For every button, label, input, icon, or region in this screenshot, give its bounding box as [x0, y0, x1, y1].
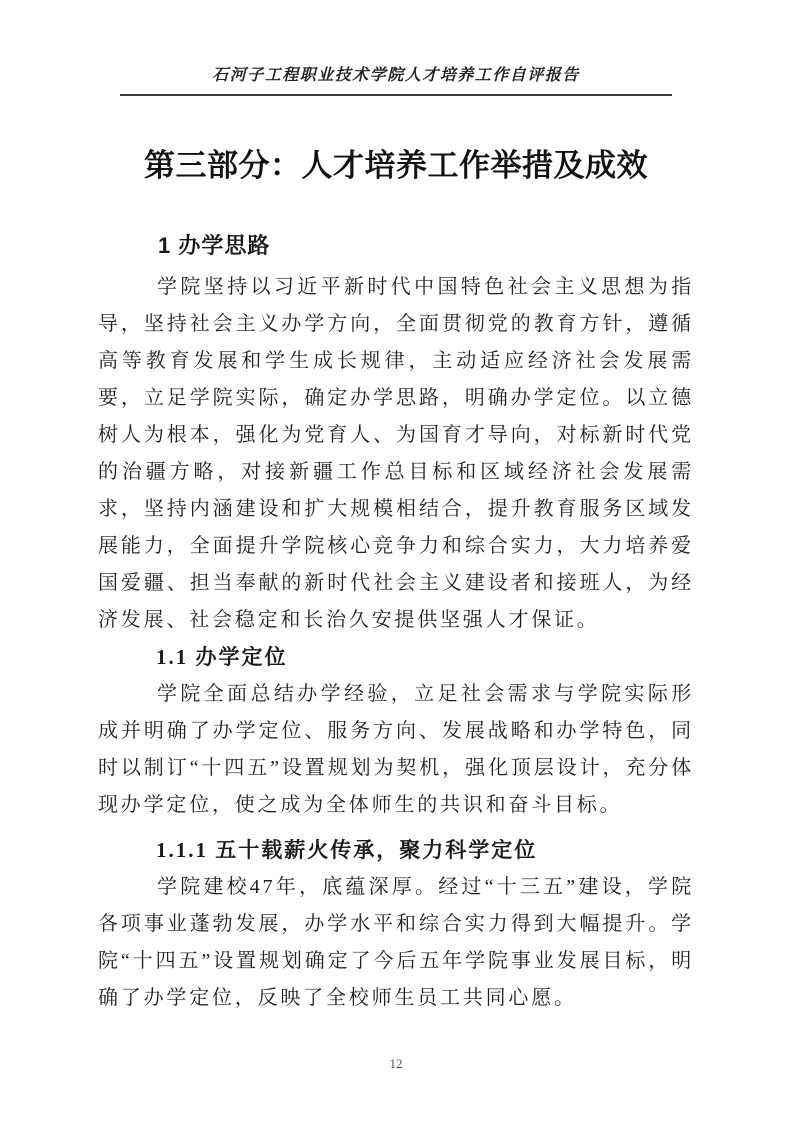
- page-content: 石河子工程职业技术学院人才培养工作自评报告 第三部分：人才培养工作举措及成效 1…: [98, 0, 694, 1017]
- section-1-paragraph: 学院坚持以习近平新时代中国特色社会主义思想为指导，坚持社会主义办学方向，全面贯彻…: [98, 269, 694, 639]
- document-page: 石河子工程职业技术学院人才培养工作自评报告 第三部分：人才培养工作举措及成效 1…: [0, 0, 792, 1122]
- page-title: 第三部分：人才培养工作举措及成效: [98, 146, 694, 186]
- section-heading-1: 1 办学思路: [158, 231, 694, 261]
- section-1-1-paragraph: 学院全面总结办学经验，立足社会需求与学院实际形成并明确了办学定位、服务方向、发展…: [98, 676, 694, 824]
- section-heading-1-1: 1.1 办学定位: [156, 639, 694, 676]
- running-header: 石河子工程职业技术学院人才培养工作自评报告: [98, 0, 694, 86]
- section-1-1-1-paragraph: 学院建校47年，底蕴深厚。经过“十三五”建设，学院各项事业蓬勃发展，办学水平和综…: [98, 869, 694, 1017]
- page-number: 12: [0, 1056, 792, 1072]
- section-heading-1-1-1: 1.1.1 五十载薪火传承，聚力科学定位: [156, 832, 694, 869]
- header-rule: [120, 94, 672, 96]
